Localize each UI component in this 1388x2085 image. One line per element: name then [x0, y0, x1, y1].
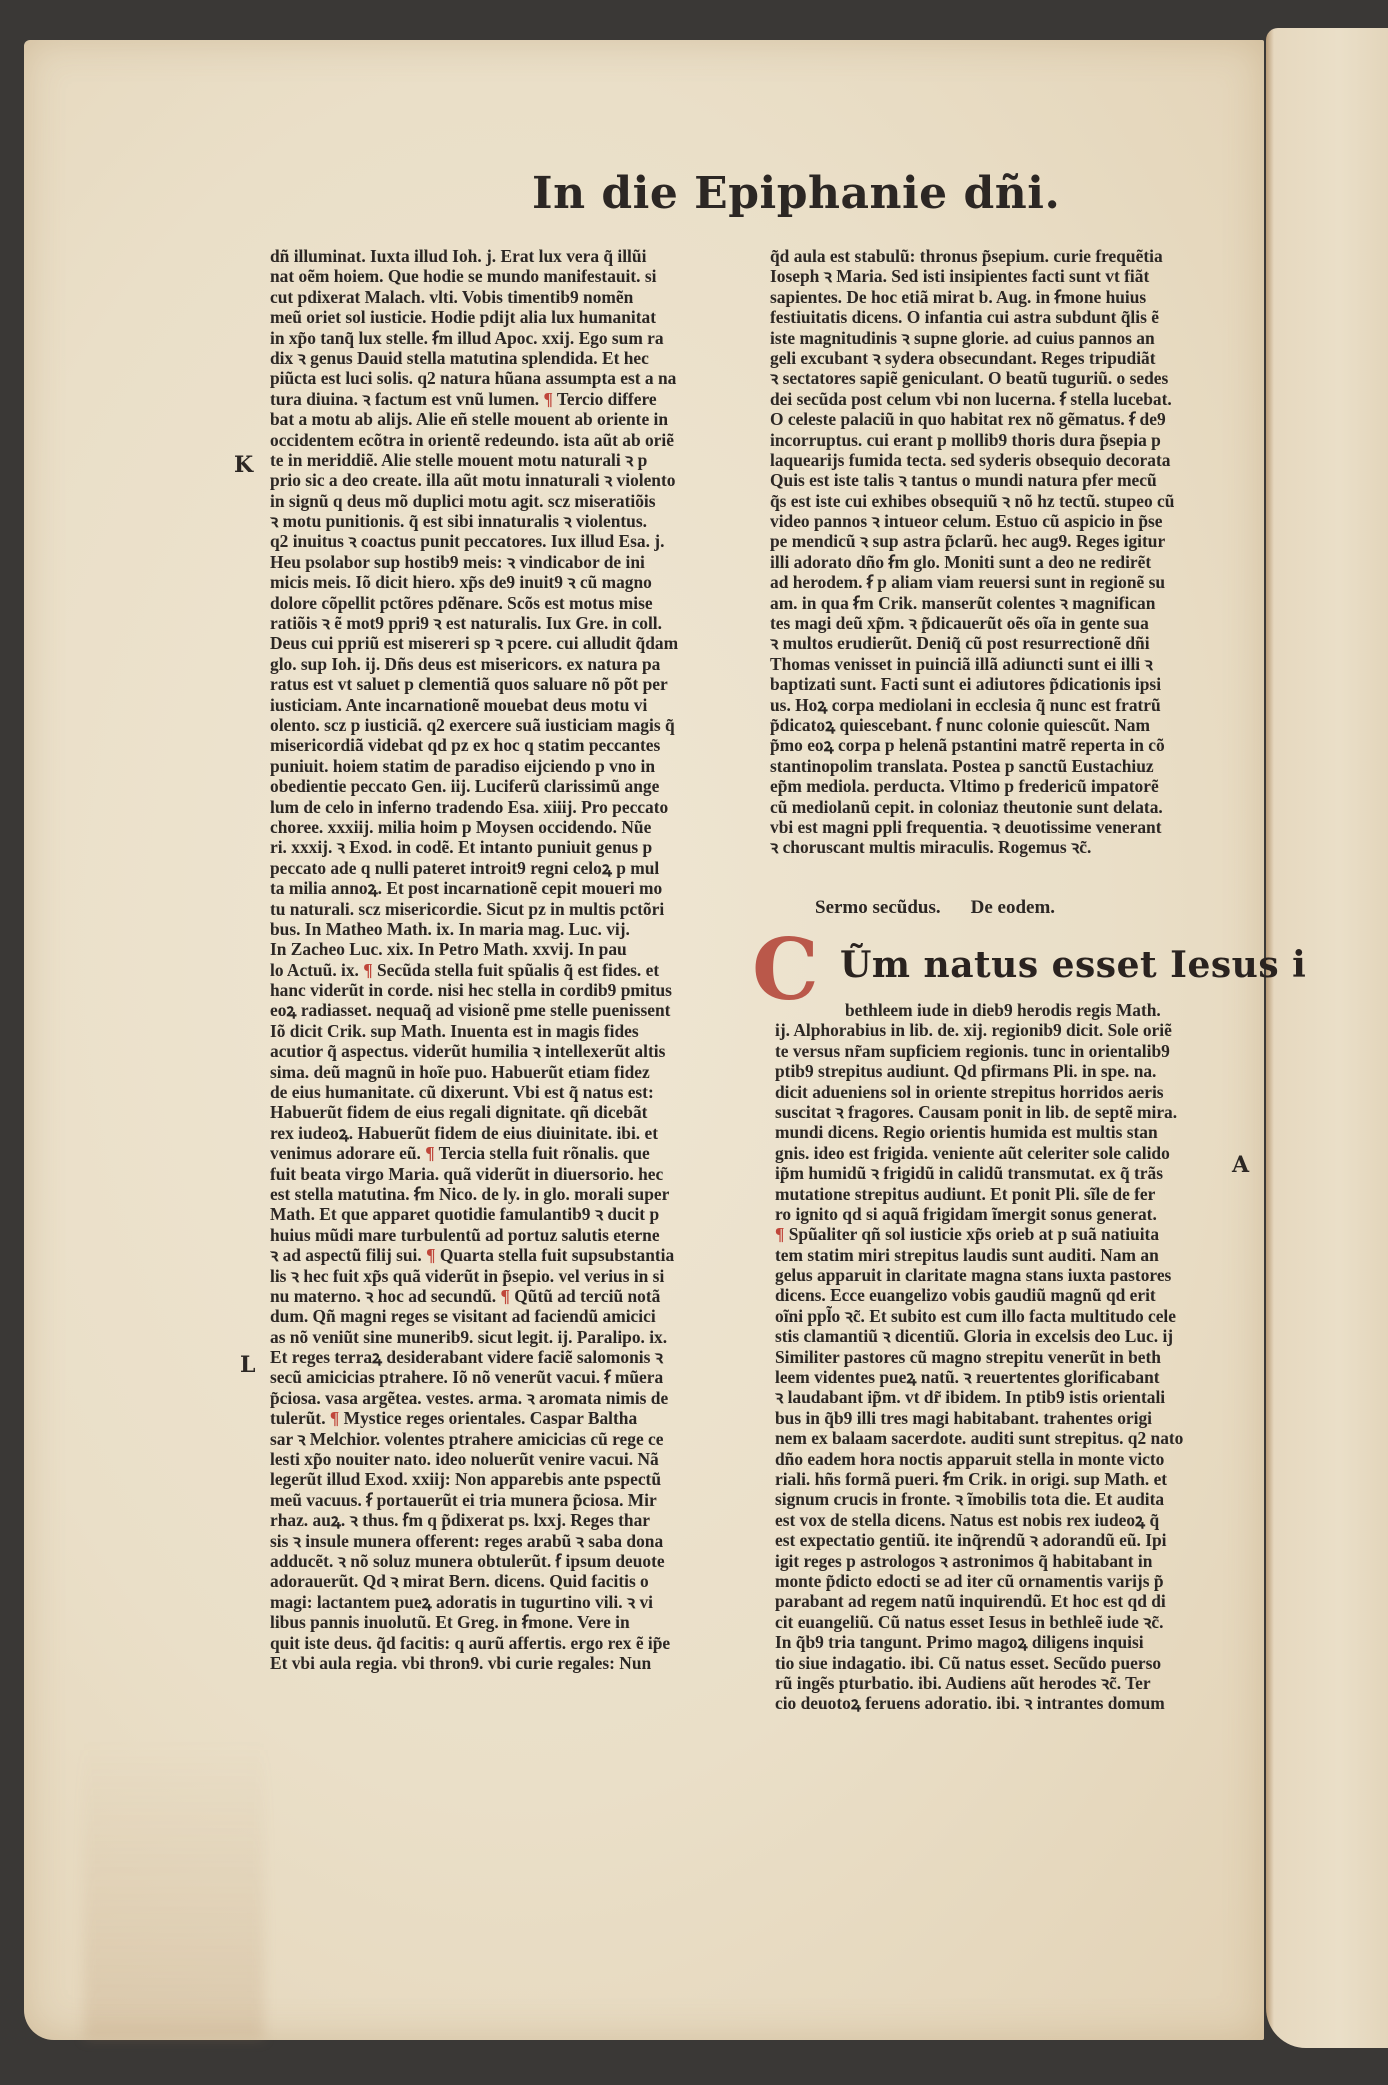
- text-line: In Zacheo Luc. xix. In Petro Math. xxvij…: [270, 939, 755, 959]
- text-line: In q̃b9 tria tangunt. Primo magoꝝ dilige…: [775, 1632, 1245, 1652]
- text-line: lesti xp̃o nouiter nato. ideo noluerũt v…: [270, 1449, 755, 1469]
- text-line: dñ illuminat. Iuxta illud Ioh. j. Erat l…: [270, 246, 755, 266]
- text-line: iste magnitudinis ꝛ supne glorie. ad cui…: [770, 328, 1240, 348]
- text-line: ptib9 strepitus audiunt. Qd pfirmans Pli…: [775, 1061, 1245, 1081]
- text-line: tu naturali. scz misericordie. Sicut pz …: [270, 899, 755, 919]
- running-title-text: In die Epiphanie dñi.: [532, 168, 1060, 219]
- text-line: pe mendicũ ꝛ sup astra p̃clarũ. hec aug9…: [770, 531, 1240, 551]
- text-line: bus. In Matheo Math. ix. In maria mag. L…: [270, 919, 755, 939]
- text-line: lum de celo in inferno tradendo Esa. xii…: [270, 797, 755, 817]
- text-line: eoꝝ radiasset. nequaq̃ ad visionẽ pme st…: [270, 1000, 755, 1020]
- text-line: dolore cõpellit pctõres pdẽnare. Scõs es…: [270, 593, 755, 613]
- text-line: p̃mo eoꝝ corpa p helenã pstantini matrẽ …: [770, 735, 1240, 755]
- paragraph-mark-icon: ¶: [330, 1408, 339, 1428]
- text-line: obedientie peccato Gen. iij. Luciferũ cl…: [270, 776, 755, 796]
- text-line: vbi est magni ppli frequentia. ꝛ deuotis…: [770, 817, 1240, 837]
- text-line: tulerũt. ¶ Mystice reges orientales. Cas…: [270, 1408, 755, 1428]
- text-line: stantinopolim translata. Postea p sanctũ…: [770, 756, 1240, 776]
- text-line: Thomas venisset in puinciã illã adiuncti…: [770, 654, 1240, 674]
- text-line: signum crucis in fronte. ꝛ ĩmobilis tota…: [775, 1489, 1245, 1509]
- text-line: iusticiam. Ante incarnationẽ mouebat deu…: [270, 695, 755, 715]
- text-line: monte p̃dicto edocti se ad iter cũ ornam…: [775, 1571, 1245, 1591]
- text-line: O celeste palaciũ in quo habitat rex nõ …: [770, 409, 1240, 429]
- text-line: in xp̃o tanq̃ lux stelle. ẜm illud Apoc.…: [270, 328, 755, 348]
- paragraph-mark-icon: ¶: [775, 1224, 784, 1244]
- text-line: oĩni ppl̃o ꝛc̃. Et subito est cum illo f…: [775, 1306, 1245, 1326]
- text-line: igit reges p astrologos ꝛ astronimos q̃ …: [775, 1551, 1245, 1571]
- text-line: ep̃m mediola. perducta. Vltimo p frederi…: [770, 776, 1240, 796]
- text-line: ratus est vt saluet p clementiã quos sal…: [270, 674, 755, 694]
- text-line: geli excubant ꝛ sydera obsecundant. Rege…: [770, 348, 1240, 368]
- text-line: magi: lactantem pueꝝ adoratis in tugurti…: [270, 1592, 755, 1612]
- text-line: acutior q̃ aspectus. viderũt humilia ꝛ i…: [270, 1041, 755, 1061]
- text-line: nat oẽm hoiem. Que hodie se mundo manife…: [270, 266, 755, 286]
- text-line: video pannos ꝛ intueor celum. Estuo cũ a…: [770, 511, 1240, 531]
- text-line: piũcta est luci solis. q2 natura hũana a…: [270, 368, 755, 388]
- text-line: puniuit. hoiem statim de paradiso eijcie…: [270, 756, 755, 776]
- text-line: sar ꝛ Melchior. volentes ptrahere amicic…: [270, 1429, 755, 1449]
- text-line: parabant ad regem natũ inquirendũ. Et ho…: [775, 1591, 1245, 1611]
- text-line: ta milia annoꝝ. Et post incarnationẽ cep…: [270, 878, 755, 898]
- text-line: rhaz. auꝝ. ꝛ thus. ẜm q p̃dixerat ps. lx…: [270, 1510, 755, 1530]
- text-line: q̃s est iste cui exhibes obsequiũ ꝛ nõ h…: [770, 491, 1240, 511]
- text-line: ꝛ ad aspectũ filij sui. ¶ Quarta stella …: [270, 1245, 755, 1265]
- text-line: nu materno. ꝛ hoc ad secundũ. ¶ Qũtũ ad …: [270, 1286, 755, 1306]
- text-line: misericordiã videbat qd pz ex hoc q stat…: [270, 735, 755, 755]
- text-line: incorruptus. cui erant p mollib9 thoris …: [770, 430, 1240, 450]
- text-line: Deus cui ppriũ est misereri sp ꝛ pcere. …: [270, 633, 755, 653]
- text-line: Heu psolabor sup hostib9 meis: ꝛ vindica…: [270, 552, 755, 572]
- text-line: mutatione strepitus audiunt. Et ponit Pl…: [775, 1184, 1245, 1204]
- text-line: est stella matutina. ẜm Nico. de ly. in …: [270, 1184, 755, 1204]
- paragraph-mark-icon: ¶: [426, 1245, 435, 1265]
- text-line: Et vbi aula regia. vbi thron9. vbi curie…: [270, 1653, 755, 1673]
- text-line: legerũt illud Exod. xxiij: Non apparebis…: [270, 1469, 755, 1489]
- text-line: suscitat ꝛ fragores. Causam ponit in lib…: [775, 1102, 1245, 1122]
- text-line: stis clamantiũ ꝛ dicentiũ. Gloria in exc…: [775, 1326, 1245, 1346]
- text-line: dicens. Ecce euangelizo vobis gaudiũ mag…: [775, 1285, 1245, 1305]
- text-line: olento. scz p iusticiã. q2 exercere suã …: [270, 715, 755, 735]
- text-line: lis ꝛ hec fuit xp̃s quã viderũt in p̃sep…: [270, 1266, 755, 1286]
- text-line: sima. deũ magnũ in hoĩe puo. Habuerũt et…: [270, 1062, 755, 1082]
- paragraph-mark-icon: ¶: [425, 1143, 434, 1163]
- text-line: leem videntes pueꝝ natũ. ꝛ reuertentes g…: [775, 1367, 1245, 1387]
- text-line: ij. Alphorabius in lib. de. xij. regioni…: [775, 1020, 1245, 1040]
- text-line: glo. sup Ioh. ij. Dñs deus est misericor…: [270, 654, 755, 674]
- text-line: quit iste deus. q̃d facitis: q aurũ affe…: [270, 1633, 755, 1653]
- text-line: cit euangeliũ. Cũ natus esset Iesus in b…: [775, 1612, 1245, 1632]
- text-line: prio sic a deo create. illa aũt motu inn…: [270, 470, 755, 490]
- text-line: fuit beata virgo Maria. quã viderũt in d…: [270, 1164, 755, 1184]
- text-line: bethleem iude in dieb9 herodis regis Mat…: [775, 1000, 1245, 1020]
- text-line: Math. Et que apparet quotidie famulantib…: [270, 1204, 755, 1224]
- text-line: Similiter pastores cũ magno strepitu ven…: [775, 1347, 1245, 1367]
- text-line: micis meis. Iõ dicit hiero. xp̃s de9 inu…: [270, 572, 755, 592]
- text-line: ¶ Spũaliter qñ sol iusticie xp̃s orieb a…: [775, 1224, 1245, 1244]
- paragraph-mark-icon: ¶: [501, 1286, 510, 1306]
- text-line: ip̃m humidũ ꝛ frigidũ in calidũ transmut…: [775, 1163, 1245, 1183]
- text-line: ad herodem. ẜ p aliam viam reuersi sunt …: [770, 572, 1240, 592]
- running-title: In die Epiphanie dñi.: [532, 168, 1032, 219]
- text-line: venimus adorare eũ. ¶ Tercia stella fuit…: [270, 1143, 755, 1163]
- text-line: Ioseph ꝛ Maria. Sed isti insipientes fac…: [770, 266, 1240, 286]
- text-line: ratiõis ꝛ ẽ mot9 ppri9 ꝛ est naturalis. …: [270, 613, 755, 633]
- text-line: dei secũda post celum vbi non lucerna. ẜ…: [770, 389, 1240, 409]
- facing-page-edge: [1266, 28, 1388, 2048]
- text-line: de eius humanitate. cũ dixerunt. Vbi est…: [270, 1082, 755, 1102]
- text-line: bus in q̃b9 illi tres magi habitabant. t…: [775, 1408, 1245, 1428]
- sermon-subtitle: De eodem.: [971, 897, 1055, 918]
- text-line: Iõ dicit Crik. sup Math. Inuenta est in …: [270, 1021, 755, 1041]
- text-line: mundi dicens. Regio orientis humida est …: [775, 1122, 1245, 1142]
- text-line: adducẽt. ꝛ nõ soluz munera obtulerũt. ẜ …: [270, 1551, 755, 1571]
- text-line: ꝛ laudabant ip̃m. vt dr̃ ibidem. In ptib…: [775, 1387, 1245, 1407]
- text-line: tura diuina. ꝛ factum est vnũ lumen. ¶ T…: [270, 389, 755, 409]
- right-text-column-bottom: bethleem iude in dieb9 herodis regis Mat…: [775, 1000, 1245, 1714]
- sermon-incipit: Ũm natus esset Iesus i: [840, 944, 1306, 986]
- text-line: p̃ciosa. vasa argẽtea. vestes. arma. ꝛ a…: [270, 1388, 755, 1408]
- text-line: sapientes. De hoc etiã mirat b. Aug. in …: [770, 287, 1240, 307]
- text-line: us. Hoꝝ corpa mediolani in ecclesia q̃ n…: [770, 695, 1240, 715]
- text-line: ꝛ choruscant multis miraculis. Rogemus ꝛ…: [770, 837, 1240, 857]
- sermon-heading: Sermo secũdus.De eodem.: [815, 897, 1055, 919]
- text-line: nem ex balaam sacerdote. auditi sunt str…: [775, 1428, 1245, 1448]
- text-line: dño eadem hora noctis apparuit stella in…: [775, 1449, 1245, 1469]
- text-line: ꝛ motu punitionis. q̃ est sibi innatural…: [270, 511, 755, 531]
- right-text-column-top: q̃d aula est stabulũ: thronus p̃sepium. …: [770, 246, 1240, 858]
- paragraph-mark-icon: ¶: [363, 960, 372, 980]
- text-line: q̃d aula est stabulũ: thronus p̃sepium. …: [770, 246, 1240, 266]
- text-line: secũ amicicias ptrahere. Iõ nõ venerũt v…: [270, 1367, 755, 1387]
- text-line: choree. xxxiij. milia hoim p Moysen occi…: [270, 817, 755, 837]
- text-line: tem statim miri strepitus laudis sunt au…: [775, 1245, 1245, 1265]
- text-line: cũ mediolanũ cepit. in coloniaz theutoni…: [770, 797, 1240, 817]
- text-line: rex iudeoꝝ. Habuerũt fidem de eius diuin…: [270, 1123, 755, 1143]
- text-line: q2 inuitus ꝛ coactus punit peccatores. I…: [270, 531, 755, 551]
- text-line: rũ ingẽs pturbatio. ibi. Audiens aũt her…: [775, 1673, 1245, 1693]
- text-line: illi adorato dño ẜm glo. Moniti sunt a d…: [770, 552, 1240, 572]
- text-line: dix ꝛ genus Dauid stella matutina splend…: [270, 348, 755, 368]
- text-line: baptizati sunt. Facti sunt ei adiutores …: [770, 674, 1240, 694]
- text-line: ꝛ multos erudierũt. Deniq̃ cũ post resur…: [770, 633, 1240, 653]
- text-line: te in meriddiẽ. Alie stelle mouent motu …: [270, 450, 755, 470]
- text-line: ꝛ sectatores sapiẽ geniculant. O beatũ t…: [770, 368, 1240, 388]
- text-line: ri. xxxij. ꝛ Exod. in codẽ. Et intanto p…: [270, 837, 755, 857]
- text-line: laquearijs fumida tecta. sed syderis obs…: [770, 450, 1240, 470]
- text-line: dum. Qñ magni reges se visitant ad facie…: [270, 1306, 755, 1326]
- text-line: Quis est iste talis ꝛ tantus o mundi nat…: [770, 470, 1240, 490]
- text-line: est expectatio gentiũ. ite inq̃rendũ ꝛ a…: [775, 1530, 1245, 1550]
- text-line: festiuitatis dicens. O infantia cui astr…: [770, 307, 1240, 327]
- text-line: Et reges terraꝝ desiderabant videre faci…: [270, 1347, 755, 1367]
- text-line: tio siue indagatio. ibi. Cũ natus esset.…: [775, 1653, 1245, 1673]
- text-line: hanc viderũt in corde. nisi hec stella i…: [270, 980, 755, 1000]
- text-line: p̃dicatoꝝ quiescebant. ẜ nunc colonie qu…: [770, 715, 1240, 735]
- text-line: cut pdixerat Malach. vlti. Vobis timenti…: [270, 287, 755, 307]
- paragraph-mark-icon: ¶: [543, 389, 552, 409]
- text-line: riali. hñs formã pueri. ẜm Crik. in orig…: [775, 1469, 1245, 1489]
- text-line: Habuerũt fidem de eius regali dignitate.…: [270, 1102, 755, 1122]
- text-line: adorauerũt. Qd ꝛ mirat Bern. dicens. Qui…: [270, 1571, 755, 1591]
- text-line: cio deuotoꝝ feruens adoratio. ibi. ꝛ int…: [775, 1693, 1245, 1713]
- text-line: huius mũdi mare turbulentũ ad portuz sal…: [270, 1225, 755, 1245]
- text-line: dicit adueniens sol in oriente strepitus…: [775, 1082, 1245, 1102]
- text-line: te versus nr̃am supficiem regionis. tunc…: [775, 1041, 1245, 1061]
- text-line: peccato ade q nulli pateret introit9 reg…: [270, 858, 755, 878]
- text-line: gnis. ideo est frigida. veniente aũt cel…: [775, 1143, 1245, 1163]
- text-line: am. in qua ẜm Crik. manserũt colentes ꝛ …: [770, 593, 1240, 613]
- text-line: as nõ veniũt sine munerib9. sicut legit.…: [270, 1327, 755, 1347]
- text-line: libus pannis inuolutũ. Et Greg. in ẜmone…: [270, 1612, 755, 1632]
- margin-signature-k: K: [234, 452, 253, 478]
- text-line: gelus apparuit in claritate magna stans …: [775, 1265, 1245, 1285]
- text-line: lo Actuũ. ix. ¶ Secũda stella fuit spũal…: [270, 960, 755, 980]
- margin-signature-l: L: [240, 1352, 255, 1378]
- text-line: meũ vacuus. ẜ portauerũt ei tria munera …: [270, 1490, 755, 1510]
- text-line: sis ꝛ insule munera offerent: reges arab…: [270, 1531, 755, 1551]
- text-line: est vox de stella dicens. Natus est nobi…: [775, 1510, 1245, 1530]
- text-line: tes magi deũ xp̃m. ꝛ p̃dicauerũt oẽs oĩa…: [770, 613, 1240, 633]
- text-line: occidentem ecõtra in orientẽ redeundo. i…: [270, 430, 755, 450]
- text-line: in signũ q deus mõ duplici motu agit. sc…: [270, 491, 755, 511]
- text-line: bat a motu ab alijs. Alie eñ stelle moue…: [270, 409, 755, 429]
- text-line: ro ignito qd si aquã frigidam ĩmergit so…: [775, 1204, 1245, 1224]
- text-line: meũ oriet sol iusticie. Hodie pdijt alia…: [270, 307, 755, 327]
- left-text-column: dñ illuminat. Iuxta illud Ioh. j. Erat l…: [270, 246, 755, 1673]
- sermon-title: Sermo secũdus.: [815, 897, 941, 918]
